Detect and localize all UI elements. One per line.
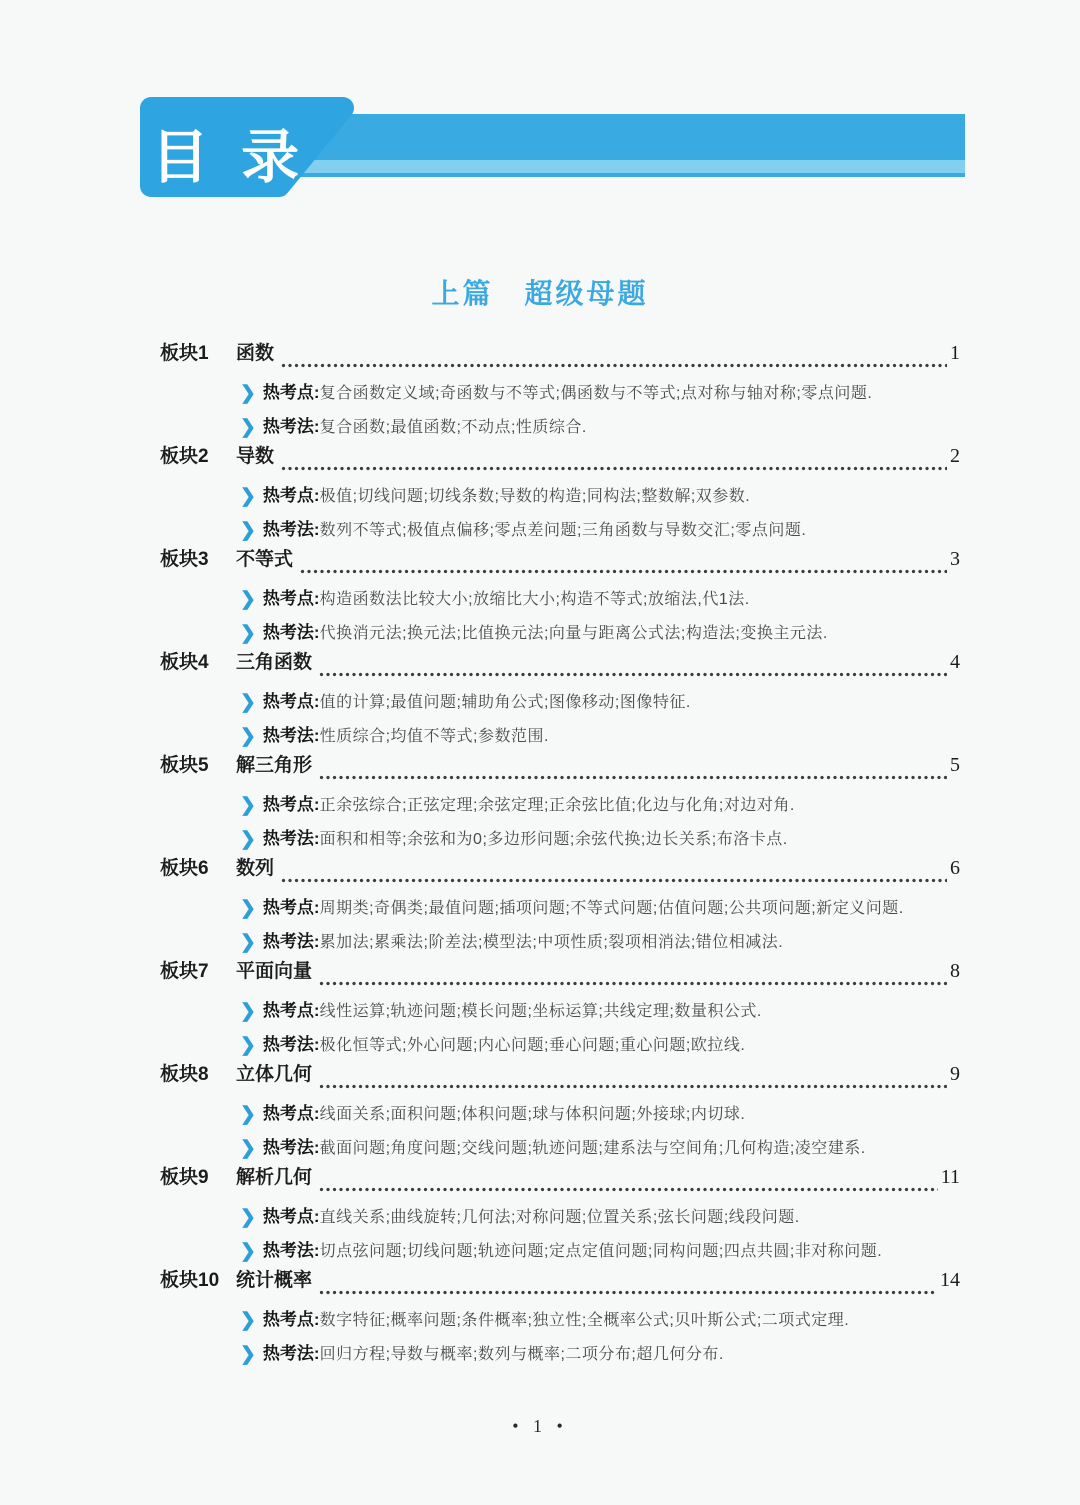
block-label: 板块10 xyxy=(160,1265,236,1292)
toc-entry-heading: 板块3 不等式 3 xyxy=(160,544,960,579)
hot-methods-label: 热考法: xyxy=(263,412,320,437)
hot-points-label: 热考点: xyxy=(263,687,320,712)
chevron-right-icon: ❯ xyxy=(240,1309,256,1332)
entry-page-number: 11 xyxy=(941,1166,960,1189)
block-label: 板块9 xyxy=(160,1162,236,1189)
chevron-right-icon: ❯ xyxy=(240,1000,256,1023)
hot-methods-text: 回归方程;导数与概率;数列与概率;二项分布;超几何分布. xyxy=(320,1341,724,1364)
hot-points-row: ❯ 热考点: 周期类;奇偶类;最值问题;插项问题;不等式问题;估值问题;公共项问… xyxy=(240,893,960,922)
dot-leader xyxy=(300,568,947,575)
hot-points-text: 极值;切线问题;切线条数;导数的构造;同构法;整数解;双参数. xyxy=(320,483,751,506)
toc-entry-heading: 板块1 函数 1 xyxy=(160,338,960,373)
toc-entry-heading: 板块5 解三角形 5 xyxy=(160,750,960,785)
toc-entry-heading: 板块8 立体几何 9 xyxy=(160,1059,960,1094)
hot-points-text: 直线关系;曲线旋转;几何法;对称问题;位置关系;弦长问题;线段问题. xyxy=(320,1204,800,1227)
entry-title: 数列 xyxy=(236,853,274,880)
hot-points-label: 热考点: xyxy=(263,1202,320,1227)
entry-title: 三角函数 xyxy=(236,647,312,674)
chevron-right-icon: ❯ xyxy=(240,794,256,817)
hot-methods-text: 截面问题;角度问题;交线问题;轨迹问题;建系法与空间角;几何构造;凌空建系. xyxy=(320,1135,866,1158)
toc-entry-heading: 板块10 统计概率 14 xyxy=(160,1265,960,1300)
entry-page-number: 9 xyxy=(950,1063,960,1086)
hot-methods-label: 热考法: xyxy=(263,1339,320,1364)
toc-list: 板块1 函数 1 ❯ 热考点: 复合函数定义域;奇函数与不等式;偶函数与不等式;… xyxy=(160,338,960,1368)
chevron-right-icon: ❯ xyxy=(240,1137,256,1160)
hot-methods-text: 切点弦问题;切线问题;轨迹问题;定点定值问题;同构问题;四点共圆;非对称问题. xyxy=(320,1238,883,1261)
dot-leader xyxy=(281,362,947,369)
hot-points-label: 热考点: xyxy=(263,790,320,815)
hot-methods-label: 热考法: xyxy=(263,1236,320,1261)
chevron-right-icon: ❯ xyxy=(240,691,256,714)
chevron-right-icon: ❯ xyxy=(240,931,256,954)
hot-methods-text: 代换消元法;换元法;比值换元法;向量与距离公式法;构造法;变换主元法. xyxy=(320,620,828,643)
hot-methods-label: 热考法: xyxy=(263,515,320,540)
hot-methods-row: ❯ 热考法: 累加法;累乘法;阶差法;模型法;中项性质;裂项相消法;错位相减法. xyxy=(240,927,960,956)
entry-title: 平面向量 xyxy=(236,956,312,983)
entry-title: 解三角形 xyxy=(236,750,312,777)
footer-page-number: • 1 • xyxy=(0,1416,1080,1437)
chevron-right-icon: ❯ xyxy=(240,382,256,405)
toc-entry: 板块9 解析几何 11 ❯ 热考点: 直线关系;曲线旋转;几何法;对称问题;位置… xyxy=(160,1162,960,1265)
toc-entry: 板块6 数列 6 ❯ 热考点: 周期类;奇偶类;最值问题;插项问题;不等式问题;… xyxy=(160,853,960,956)
dot-leader xyxy=(319,774,947,781)
chevron-right-icon: ❯ xyxy=(240,1103,256,1126)
toc-entry: 板块10 统计概率 14 ❯ 热考点: 数字特征;概率问题;条件概率;独立性;全… xyxy=(160,1265,960,1368)
dot-leader xyxy=(319,1083,947,1090)
header-banner: 目 录 xyxy=(113,94,973,209)
hot-points-text: 周期类;奇偶类;最值问题;插项问题;不等式问题;估值问题;公共项问题;新定义问题… xyxy=(320,895,904,918)
block-label: 板块5 xyxy=(160,750,236,777)
entry-title: 不等式 xyxy=(236,544,293,571)
hot-points-label: 热考点: xyxy=(263,584,320,609)
chevron-right-icon: ❯ xyxy=(240,1206,256,1229)
toc-entry: 板块7 平面向量 8 ❯ 热考点: 线性运算;轨迹问题;模长问题;坐标运算;共线… xyxy=(160,956,960,1059)
hot-methods-row: ❯ 热考法: 面积和相等;余弦和为0;多边形问题;余弦代换;边长关系;布洛卡点. xyxy=(240,824,960,853)
hot-methods-label: 热考法: xyxy=(263,1030,320,1055)
hot-points-text: 值的计算;最值问题;辅助角公式;图像移动;图像特征. xyxy=(320,689,691,712)
chevron-right-icon: ❯ xyxy=(240,622,256,645)
hot-points-row: ❯ 热考点: 构造函数法比较大小;放缩比大小;构造不等式;放缩法,代1法. xyxy=(240,584,960,613)
hot-points-text: 复合函数定义域;奇函数与不等式;偶函数与不等式;点对称与轴对称;零点问题. xyxy=(320,380,873,403)
hot-points-row: ❯ 热考点: 数字特征;概率问题;条件概率;独立性;全概率公式;贝叶斯公式;二项… xyxy=(240,1305,960,1334)
chevron-right-icon: ❯ xyxy=(240,1343,256,1366)
chevron-right-icon: ❯ xyxy=(240,588,256,611)
toc-entry: 板块2 导数 2 ❯ 热考点: 极值;切线问题;切线条数;导数的构造;同构法;整… xyxy=(160,441,960,544)
toc-entry: 板块5 解三角形 5 ❯ 热考点: 正余弦综合;正弦定理;余弦定理;正余弦比值;… xyxy=(160,750,960,853)
hot-points-row: ❯ 热考点: 线性运算;轨迹问题;模长问题;坐标运算;共线定理;数量积公式. xyxy=(240,996,960,1025)
chevron-right-icon: ❯ xyxy=(240,725,256,748)
entry-title: 导数 xyxy=(236,441,274,468)
block-label: 板块8 xyxy=(160,1059,236,1086)
hot-points-text: 正余弦综合;正弦定理;余弦定理;正余弦比值;化边与化角;对边对角. xyxy=(320,792,795,815)
hot-methods-label: 热考法: xyxy=(263,927,320,952)
dot-leader xyxy=(281,877,947,884)
hot-methods-text: 累加法;累乘法;阶差法;模型法;中项性质;裂项相消法;错位相减法. xyxy=(320,929,784,952)
hot-points-row: ❯ 热考点: 正余弦综合;正弦定理;余弦定理;正余弦比值;化边与化角;对边对角. xyxy=(240,790,960,819)
hot-methods-row: ❯ 热考法: 代换消元法;换元法;比值换元法;向量与距离公式法;构造法;变换主元… xyxy=(240,618,960,647)
hot-points-text: 构造函数法比较大小;放缩比大小;构造不等式;放缩法,代1法. xyxy=(320,586,750,609)
part-title: 上篇 超级母题 xyxy=(0,272,1080,312)
entry-page-number: 14 xyxy=(940,1269,960,1292)
hot-points-label: 热考点: xyxy=(263,996,320,1021)
hot-methods-label: 热考法: xyxy=(263,1133,320,1158)
entry-page-number: 2 xyxy=(950,445,960,468)
hot-points-label: 热考点: xyxy=(263,481,320,506)
hot-points-row: ❯ 热考点: 直线关系;曲线旋转;几何法;对称问题;位置关系;弦长问题;线段问题… xyxy=(240,1202,960,1231)
entry-page-number: 1 xyxy=(950,342,960,365)
hot-methods-row: ❯ 热考法: 复合函数;最值函数;不动点;性质综合. xyxy=(240,412,960,441)
chevron-right-icon: ❯ xyxy=(240,485,256,508)
entry-page-number: 3 xyxy=(950,548,960,571)
toc-entry-heading: 板块7 平面向量 8 xyxy=(160,956,960,991)
hot-methods-row: ❯ 热考法: 极化恒等式;外心问题;内心问题;垂心问题;重心问题;欧拉线. xyxy=(240,1030,960,1059)
toc-entry: 板块3 不等式 3 ❯ 热考点: 构造函数法比较大小;放缩比大小;构造不等式;放… xyxy=(160,544,960,647)
block-label: 板块3 xyxy=(160,544,236,571)
hot-methods-row: ❯ 热考法: 切点弦问题;切线问题;轨迹问题;定点定值问题;同构问题;四点共圆;… xyxy=(240,1236,960,1265)
entry-title: 统计概率 xyxy=(236,1265,312,1292)
entry-page-number: 6 xyxy=(950,857,960,880)
dot-leader xyxy=(319,1186,938,1193)
toc-entry-heading: 板块2 导数 2 xyxy=(160,441,960,476)
chevron-right-icon: ❯ xyxy=(240,1034,256,1057)
hot-methods-text: 数列不等式;极值点偏移;零点差问题;三角函数与导数交汇;零点问题. xyxy=(320,517,807,540)
page-title: 目 录 xyxy=(151,110,307,194)
hot-points-label: 热考点: xyxy=(263,1305,320,1330)
entry-title: 函数 xyxy=(236,338,274,365)
entry-page-number: 8 xyxy=(950,960,960,983)
entry-title: 解析几何 xyxy=(236,1162,312,1189)
toc-entry: 板块8 立体几何 9 ❯ 热考点: 线面关系;面积问题;体积问题;球与体积问题;… xyxy=(160,1059,960,1162)
hot-points-label: 热考点: xyxy=(263,378,320,403)
chevron-right-icon: ❯ xyxy=(240,828,256,851)
hot-points-label: 热考点: xyxy=(263,893,320,918)
chevron-right-icon: ❯ xyxy=(240,416,256,439)
entry-page-number: 4 xyxy=(950,651,960,674)
toc-entry: 板块4 三角函数 4 ❯ 热考点: 值的计算;最值问题;辅助角公式;图像移动;图… xyxy=(160,647,960,750)
hot-points-text: 数字特征;概率问题;条件概率;独立性;全概率公式;贝叶斯公式;二项式定理. xyxy=(320,1307,850,1330)
hot-methods-label: 热考法: xyxy=(263,618,320,643)
hot-methods-row: ❯ 热考法: 截面问题;角度问题;交线问题;轨迹问题;建系法与空间角;几何构造;… xyxy=(240,1133,960,1162)
chevron-right-icon: ❯ xyxy=(240,897,256,920)
chevron-right-icon: ❯ xyxy=(240,1240,256,1263)
banner-strip-highlight xyxy=(273,160,965,173)
block-label: 板块1 xyxy=(160,338,236,365)
block-label: 板块6 xyxy=(160,853,236,880)
hot-methods-row: ❯ 热考法: 数列不等式;极值点偏移;零点差问题;三角函数与导数交汇;零点问题. xyxy=(240,515,960,544)
hot-methods-label: 热考法: xyxy=(263,824,320,849)
toc-entry-heading: 板块6 数列 6 xyxy=(160,853,960,888)
dot-leader xyxy=(319,671,947,678)
block-label: 板块4 xyxy=(160,647,236,674)
hot-points-text: 线性运算;轨迹问题;模长问题;坐标运算;共线定理;数量积公式. xyxy=(320,998,762,1021)
hot-methods-text: 性质综合;均值不等式;参数范围. xyxy=(320,723,549,746)
chevron-right-icon: ❯ xyxy=(240,519,256,542)
entry-title: 立体几何 xyxy=(236,1059,312,1086)
hot-points-row: ❯ 热考点: 线面关系;面积问题;体积问题;球与体积问题;外接球;内切球. xyxy=(240,1099,960,1128)
toc-entry-heading: 板块9 解析几何 11 xyxy=(160,1162,960,1197)
toc-page: 目 录 上篇 超级母题 板块1 函数 1 ❯ 热考点: 复合函数定义域;奇函数与… xyxy=(0,0,1080,1505)
dot-leader xyxy=(319,980,947,987)
dot-leader xyxy=(281,465,947,472)
hot-methods-text: 复合函数;最值函数;不动点;性质综合. xyxy=(320,414,587,437)
block-label: 板块7 xyxy=(160,956,236,983)
hot-points-label: 热考点: xyxy=(263,1099,320,1124)
hot-points-text: 线面关系;面积问题;体积问题;球与体积问题;外接球;内切球. xyxy=(320,1101,746,1124)
block-label: 板块2 xyxy=(160,441,236,468)
toc-entry-heading: 板块4 三角函数 4 xyxy=(160,647,960,682)
hot-methods-label: 热考法: xyxy=(263,721,320,746)
hot-methods-text: 面积和相等;余弦和为0;多边形问题;余弦代换;边长关系;布洛卡点. xyxy=(320,826,788,849)
entry-page-number: 5 xyxy=(950,754,960,777)
hot-points-row: ❯ 热考点: 值的计算;最值问题;辅助角公式;图像移动;图像特征. xyxy=(240,687,960,716)
hot-methods-row: ❯ 热考法: 性质综合;均值不等式;参数范围. xyxy=(240,721,960,750)
toc-entry: 板块1 函数 1 ❯ 热考点: 复合函数定义域;奇函数与不等式;偶函数与不等式;… xyxy=(160,338,960,441)
hot-methods-text: 极化恒等式;外心问题;内心问题;垂心问题;重心问题;欧拉线. xyxy=(320,1032,746,1055)
hot-points-row: ❯ 热考点: 极值;切线问题;切线条数;导数的构造;同构法;整数解;双参数. xyxy=(240,481,960,510)
dot-leader xyxy=(319,1289,937,1296)
hot-methods-row: ❯ 热考法: 回归方程;导数与概率;数列与概率;二项分布;超几何分布. xyxy=(240,1339,960,1368)
hot-points-row: ❯ 热考点: 复合函数定义域;奇函数与不等式;偶函数与不等式;点对称与轴对称;零… xyxy=(240,378,960,407)
